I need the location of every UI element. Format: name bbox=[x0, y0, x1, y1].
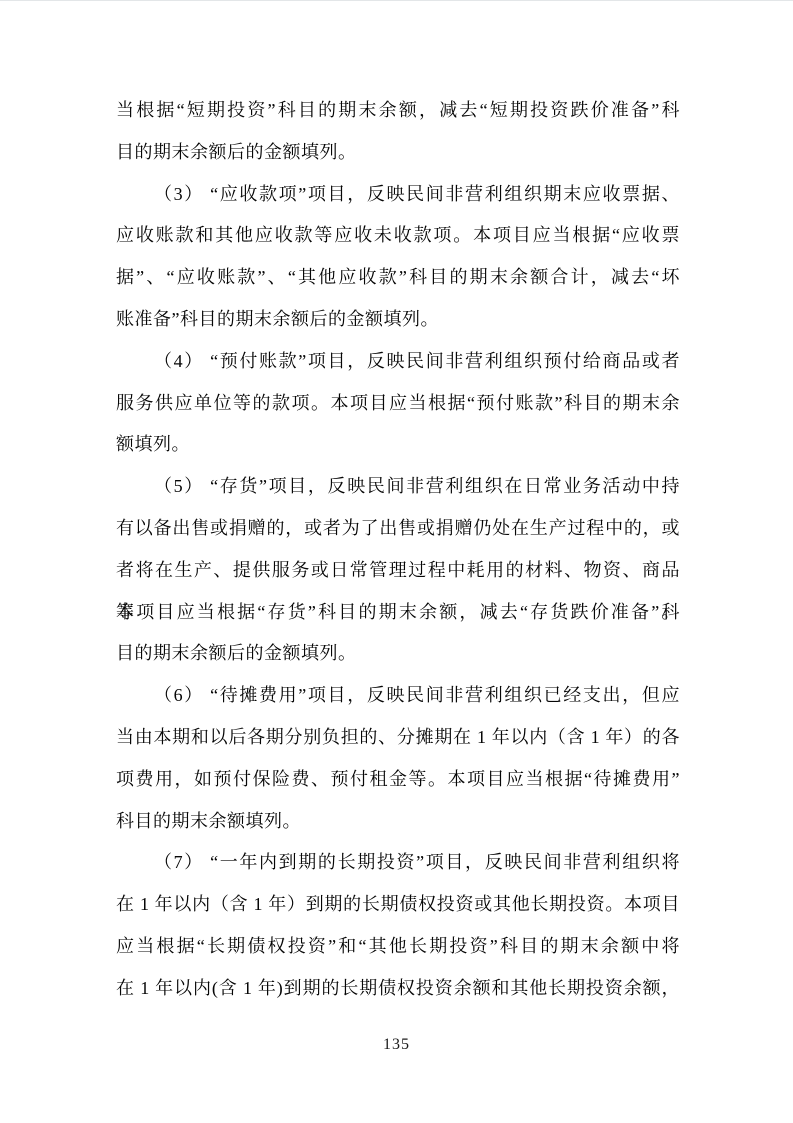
text-line: 应当根据“长期债权投资”和“其他长期投资”科目的期末余额中将 bbox=[116, 926, 680, 968]
text-line: 服务供应单位等的款项。本项目应当根据“预付账款”科目的期末余 bbox=[116, 383, 680, 425]
text-line: 者将在生产、提供服务或日常管理过程中耗用的材料、物资、商品等。 bbox=[116, 550, 680, 592]
text-line: （4） “预付账款”项目，反映民间非营利组织预付给商品或者 bbox=[116, 341, 680, 383]
text-line: 项费用，如预付保险费、预付租金等。本项目应当根据“待摊费用” bbox=[116, 759, 680, 801]
text-line: 据”、“应收账款”、“其他应收款”科目的期末余额合计，减去“坏 bbox=[116, 257, 680, 299]
text-line: （7） “一年内到期的长期投资”项目，反映民间非营利组织将 bbox=[116, 842, 680, 884]
text-line: 账准备”科目的期末余额后的金额填列。 bbox=[116, 299, 680, 341]
text-line: 当根据“短期投资”科目的期末余额，减去“短期投资跌价准备”科 bbox=[116, 90, 680, 132]
text-line: 额填列。 bbox=[116, 424, 680, 466]
text-line: 在 1 年以内(含 1 年)到期的长期债权投资余额和其他长期投资余额， bbox=[116, 968, 680, 1010]
page-number: 135 bbox=[0, 1036, 793, 1054]
text-line: 科目的期末余额填列。 bbox=[116, 801, 680, 843]
text-line: （5） “存货”项目，反映民间非营利组织在日常业务活动中持 bbox=[116, 466, 680, 508]
text-line: 当由本期和以后各期分别负担的、分摊期在 1 年以内（含 1 年）的各 bbox=[116, 717, 680, 759]
text-line: 在 1 年以内（含 1 年）到期的长期债权投资或其他长期投资。本项目 bbox=[116, 884, 680, 926]
text-line: （6） “待摊费用”项目，反映民间非营利组织已经支出，但应 bbox=[116, 675, 680, 717]
text-line: 目的期末余额后的金额填列。 bbox=[116, 132, 680, 174]
text-line: 有以备出售或捐赠的，或者为了出售或捐赠仍处在生产过程中的，或 bbox=[116, 508, 680, 550]
body-text: 当根据“短期投资”科目的期末余额，减去“短期投资跌价准备”科目的期末余额后的金额… bbox=[116, 90, 680, 1010]
text-line: 目的期末余额后的金额填列。 bbox=[116, 633, 680, 675]
text-line: 本项目应当根据“存货”科目的期末余额，减去“存货跌价准备”科 bbox=[116, 592, 680, 634]
text-line: （3） “应收款项”项目，反映民间非营利组织期末应收票据、 bbox=[116, 174, 680, 216]
text-line: 应收账款和其他应收款等应收未收款项。本项目应当根据“应收票 bbox=[116, 215, 680, 257]
document-page: 当根据“短期投资”科目的期末余额，减去“短期投资跌价准备”科目的期末余额后的金额… bbox=[0, 0, 793, 1123]
